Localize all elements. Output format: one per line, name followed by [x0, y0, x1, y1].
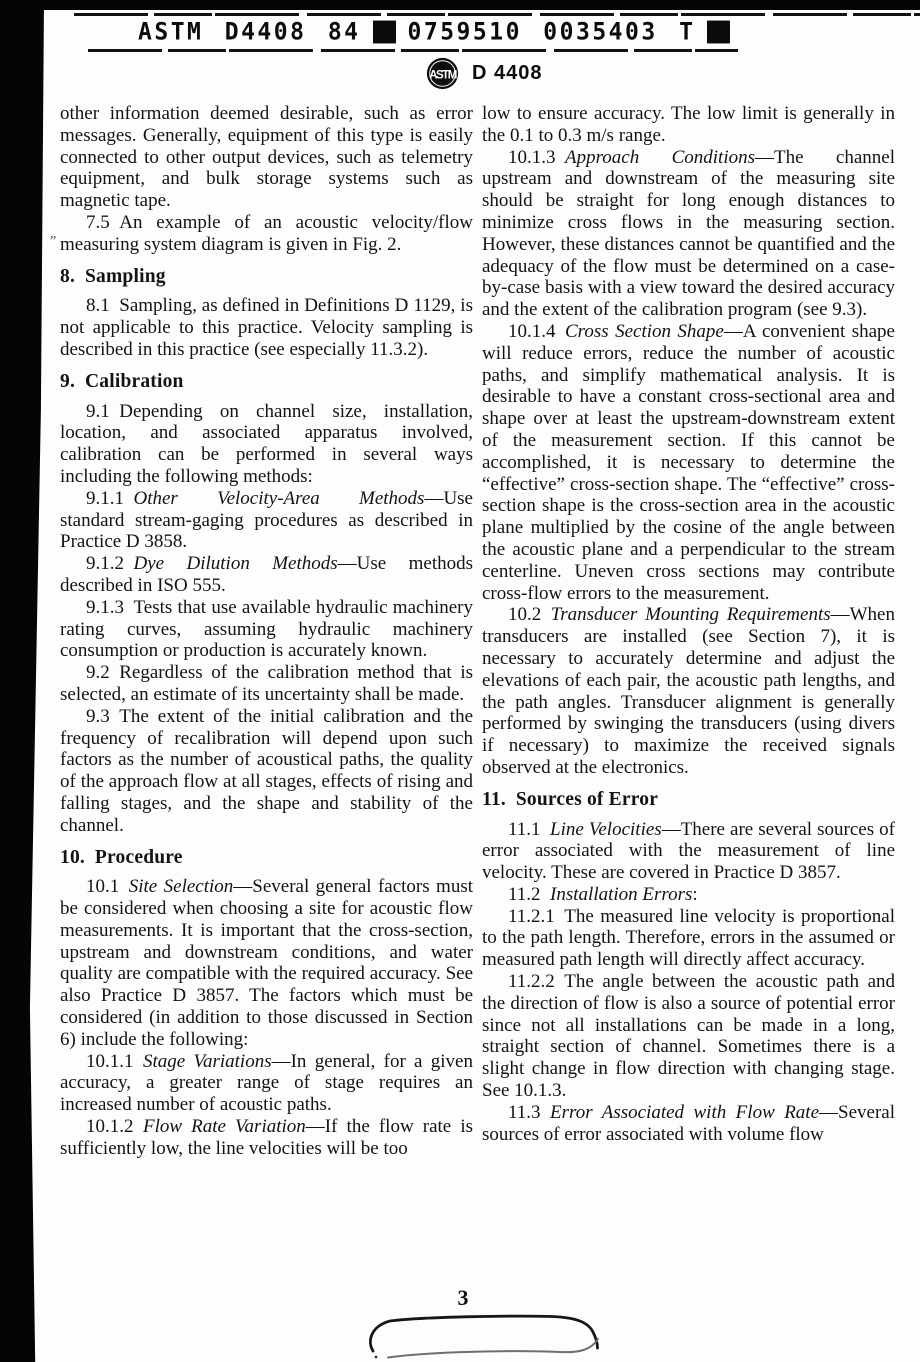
paragraph: 10.1.4 Cross Section Shape—A convenient … — [482, 321, 895, 604]
body-text: —When transducers are installed (see Sec… — [482, 604, 895, 778]
italic-term: Site Selection — [129, 876, 234, 897]
filled-square-icon — [707, 21, 730, 44]
astm-seal-icon: ASTM — [426, 57, 459, 90]
body-text: 9.1.1 — [86, 488, 134, 509]
italic-term: Dye Dilution Methods — [134, 553, 338, 574]
body-text: 10.1.2 — [86, 1116, 143, 1137]
body-text: 10.1.1 — [86, 1051, 143, 1072]
paragraph: 10.1.3 Approach Conditions—The channel u… — [482, 147, 895, 321]
body-text: 11.3 — [508, 1102, 550, 1123]
paragraph: low to ensure accuracy. The low limit is… — [482, 103, 895, 147]
body-text: 10.1.4 — [508, 321, 565, 342]
body-text: 7.5 An example of an acoustic velocity/f… — [60, 212, 473, 255]
body-text: 11.1 — [508, 819, 550, 840]
two-column-text-body: other information deemed desirable, such… — [60, 103, 895, 1160]
body-text: —Several general factors must be conside… — [60, 876, 473, 1050]
italic-term: Installation Errors — [550, 884, 692, 905]
italic-term: Error Associated with Flow Rate — [550, 1102, 819, 1123]
body-text: 9.1.2 — [86, 553, 134, 574]
filled-square-icon — [373, 21, 396, 44]
section-heading: 11. Sources of Error — [482, 789, 895, 811]
italic-term: Transducer Mounting Requirements — [551, 604, 831, 625]
italic-term: Approach Conditions — [565, 147, 755, 168]
italic-term: Flow Rate Variation — [143, 1116, 306, 1137]
scan-header-standard-id: ASTM D4408 84 — [138, 18, 361, 45]
paragraph: other information deemed desirable, such… — [60, 103, 473, 212]
body-text: : — [692, 884, 697, 905]
italic-term: Cross Section Shape — [565, 321, 724, 342]
body-text: 9.1.3 Tests that use available hydraulic… — [60, 597, 473, 662]
body-text: 9.1 Depending on channel size, installat… — [60, 401, 473, 487]
text-column-right: low to ensure accuracy. The low limit is… — [482, 103, 895, 1160]
body-text: 10.1 — [86, 876, 129, 897]
paragraph: 10.1.2 Flow Rate Variation—If the flow r… — [60, 1116, 473, 1160]
header-dashed-rule-top — [74, 13, 920, 16]
header-dashed-rule-bottom — [88, 49, 738, 52]
section-heading: 10. Procedure — [60, 847, 473, 869]
paragraph: 7.5 An example of an acoustic velocity/f… — [60, 212, 473, 256]
paragraph: 9.1.1 Other Velocity-Area Methods—Use st… — [60, 488, 473, 553]
paragraph: 11.2 Installation Errors: — [482, 884, 895, 906]
scanned-document-page: ASTM D4408 84 0759510 0035403 T ASTM D 4… — [0, 0, 920, 1362]
text-column-left: other information deemed desirable, such… — [60, 103, 473, 1160]
paragraph: 10.2 Transducer Mounting Requirements—Wh… — [482, 604, 895, 778]
body-text: 9.3 The extent of the initial calibratio… — [60, 706, 473, 836]
italic-term: Stage Variations — [143, 1051, 272, 1072]
paragraph: 10.1.1 Stage Variations—In general, for … — [60, 1051, 473, 1116]
document-number: D 4408 — [472, 62, 543, 85]
paragraph: 11.2.1 The measured line velocity is pro… — [482, 906, 895, 971]
paragraph: 9.3 The extent of the initial calibratio… — [60, 706, 473, 837]
body-text: low to ensure accuracy. The low limit is… — [482, 103, 895, 146]
section-heading: 8. Sampling — [60, 266, 473, 288]
body-text: 9.2 Regardless of the calibration method… — [60, 662, 473, 705]
scan-edge-left-bar — [0, 0, 44, 1362]
body-text: —A convenient shape will reduce errors, … — [482, 321, 895, 604]
italic-term: Line Velocities — [550, 819, 662, 840]
body-text: 11.2 — [508, 884, 550, 905]
body-text: 11.2.1 The measured line velocity is pro… — [482, 906, 895, 971]
section-heading: 9. Calibration — [60, 371, 473, 393]
paragraph: 11.1 Line Velocities—There are several s… — [482, 819, 895, 884]
paragraph: 9.2 Regardless of the calibration method… — [60, 662, 473, 706]
scan-artifact-curves — [0, 1280, 920, 1362]
body-text: —The channel upstream and downstream of … — [482, 147, 895, 321]
paragraph: 9.1.2 Dye Dilution Methods—Use methods d… — [60, 553, 473, 597]
body-text: other information deemed desirable, such… — [60, 103, 473, 211]
margin-speck-mark: ” — [50, 234, 56, 250]
body-text: 10.2 — [508, 604, 551, 625]
body-text: 11.2.2 The angle between the acoustic pa… — [482, 971, 895, 1101]
paragraph: 10.1 Site Selection—Several general fact… — [60, 876, 473, 1050]
body-text: 10.1.3 — [508, 147, 565, 168]
paragraph: 8.1 Sampling, as defined in Definitions … — [60, 295, 473, 360]
paragraph: 9.1.3 Tests that use available hydraulic… — [60, 597, 473, 662]
body-text: 8.1 Sampling, as defined in Definitions … — [60, 295, 473, 360]
scan-edge-top-strip — [30, 0, 920, 10]
paragraph: 11.2.2 The angle between the acoustic pa… — [482, 971, 895, 1102]
astm-seal-text: ASTM — [429, 70, 457, 82]
paragraph: 11.3 Error Associated with Flow Rate—Sev… — [482, 1102, 895, 1146]
paragraph: 9.1 Depending on channel size, installat… — [60, 401, 473, 488]
document-identifier: ASTM D 4408 — [426, 57, 543, 90]
scan-header-barcode-number: 0759510 0035403 T — [408, 18, 696, 45]
italic-term: Other Velocity-Area Methods — [134, 488, 425, 509]
scan-header-line: ASTM D4408 84 0759510 0035403 T — [138, 17, 730, 46]
